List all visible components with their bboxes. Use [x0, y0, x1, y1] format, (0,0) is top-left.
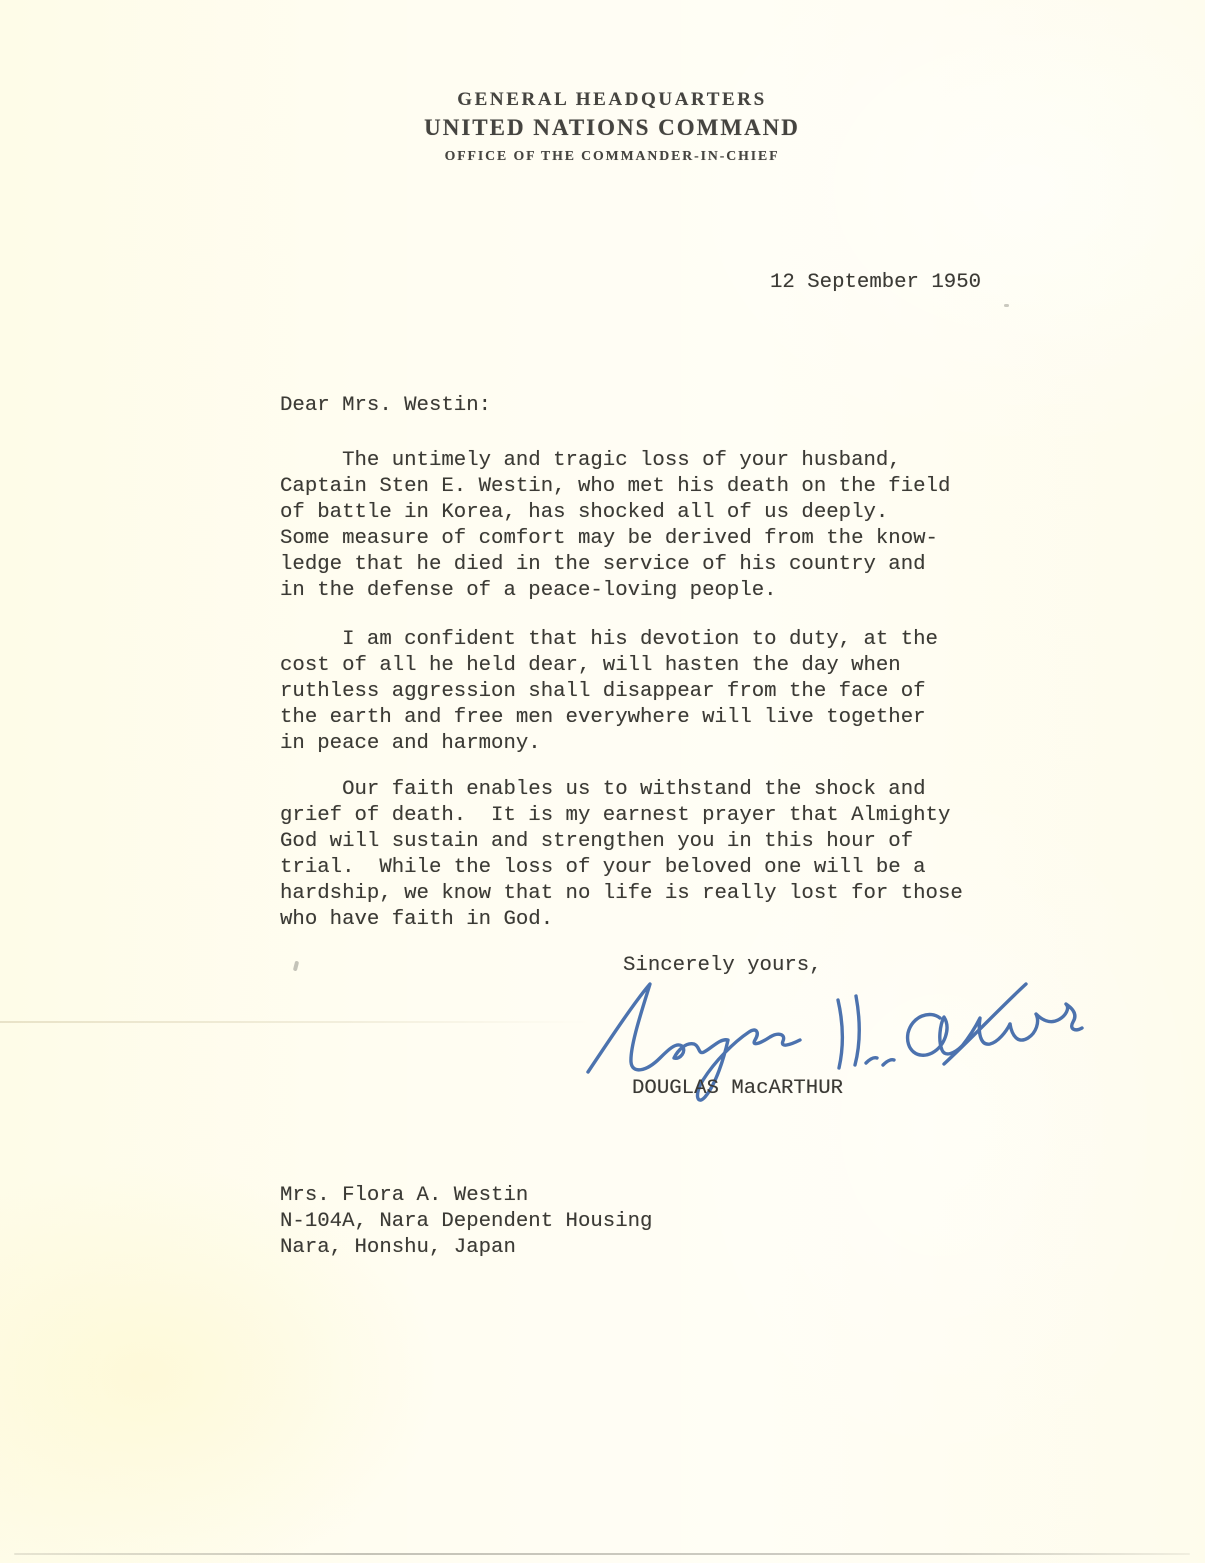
paper-crease-artifact	[0, 1021, 590, 1023]
paper-speck	[1004, 304, 1009, 307]
date-line: 12 September 1950	[770, 270, 981, 296]
salutation: Dear Mrs. Westin:	[280, 393, 491, 419]
letterhead-line-office-of-cinc: OFFICE OF THE COMMANDER-IN-CHIEF	[12, 148, 1205, 164]
letterhead-line-general-headquarters: GENERAL HEADQUARTERS	[12, 89, 1205, 111]
letterhead-line-united-nations-command: UNITED NATIONS COMMAND	[12, 115, 1205, 141]
letter-page: GENERAL HEADQUARTERS UNITED NATIONS COMM…	[0, 0, 1205, 1563]
paragraph-1: The untimely and tragic loss of your hus…	[280, 448, 950, 604]
paragraph-3: Our faith enables us to withstand the sh…	[280, 777, 963, 933]
typed-signature-name: DOUGLAS MacARTHUR	[632, 1076, 843, 1102]
paragraph-2: I am confident that his devotion to duty…	[280, 627, 938, 757]
stray-ink-mark	[293, 961, 299, 972]
recipient-address-block: Mrs. Flora A. Westin N-104A, Nara Depend…	[280, 1183, 652, 1261]
scan-edge-artifact	[14, 1553, 1190, 1555]
letterhead: GENERAL HEADQUARTERS UNITED NATIONS COMM…	[12, 89, 1205, 164]
